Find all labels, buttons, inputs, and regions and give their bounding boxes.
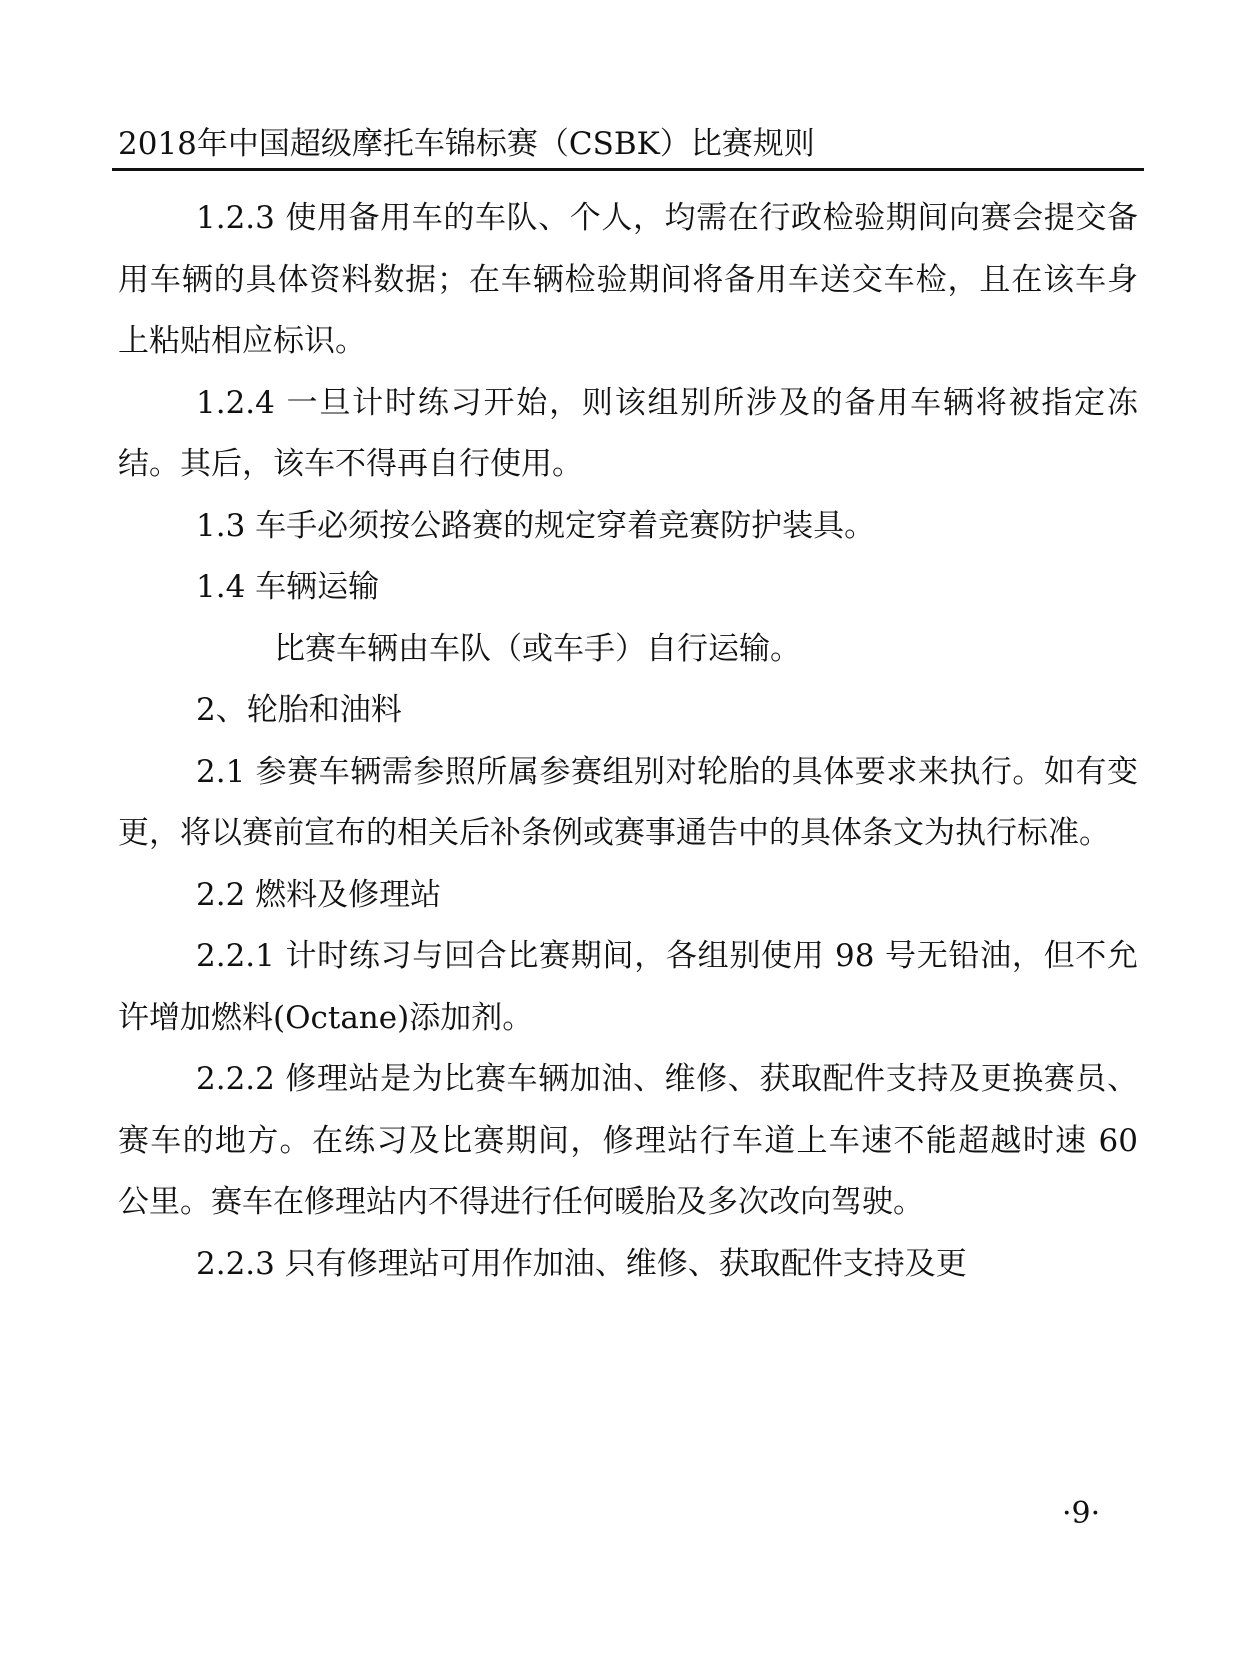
paragraph-2-2-2: 2.2.2 修理站是为比赛车辆加油、维修、获取配件支持及更换赛员、赛车的地方。在… xyxy=(118,1049,1138,1234)
page-body: 1.2.3 使用备用车的车队、个人，均需在行政检验期间向赛会提交备用车辆的具体资… xyxy=(118,188,1138,1295)
paragraph-1-4-body: 比赛车辆由车队（或车手）自行运输。 xyxy=(118,619,1138,681)
paragraph-1-3: 1.3 车手必须按公路赛的规定穿着竞赛防护装具。 xyxy=(118,496,1138,558)
heading-2-2: 2.2 燃料及修理站 xyxy=(118,865,1138,927)
paragraph-2-2-1: 2.2.1 计时练习与回合比赛期间，各组别使用 98 号无铅油，但不允许增加燃料… xyxy=(118,926,1138,1049)
paragraph-1-2-3: 1.2.3 使用备用车的车队、个人，均需在行政检验期间向赛会提交备用车辆的具体资… xyxy=(118,188,1138,373)
paragraph-2-2-3: 2.2.3 只有修理站可用作加油、维修、获取配件支持及更 xyxy=(118,1234,1138,1296)
paragraph-1-2-4: 1.2.4 一旦计时练习开始，则该组别所涉及的备用车辆将被指定冻结。其后，该车不… xyxy=(118,373,1138,496)
paragraph-2-1: 2.1 参赛车辆需参照所属参赛组别对轮胎的具体要求来执行。如有变更，将以赛前宣布… xyxy=(118,742,1138,865)
heading-2: 2、轮胎和油料 xyxy=(118,680,1138,742)
page-number: ·9· xyxy=(1062,1496,1100,1531)
heading-1-4: 1.4 车辆运输 xyxy=(118,557,1138,619)
running-header: 2018年中国超级摩托车锦标赛（CSBK）比赛规则 xyxy=(118,118,815,163)
header-rule xyxy=(112,168,1144,171)
